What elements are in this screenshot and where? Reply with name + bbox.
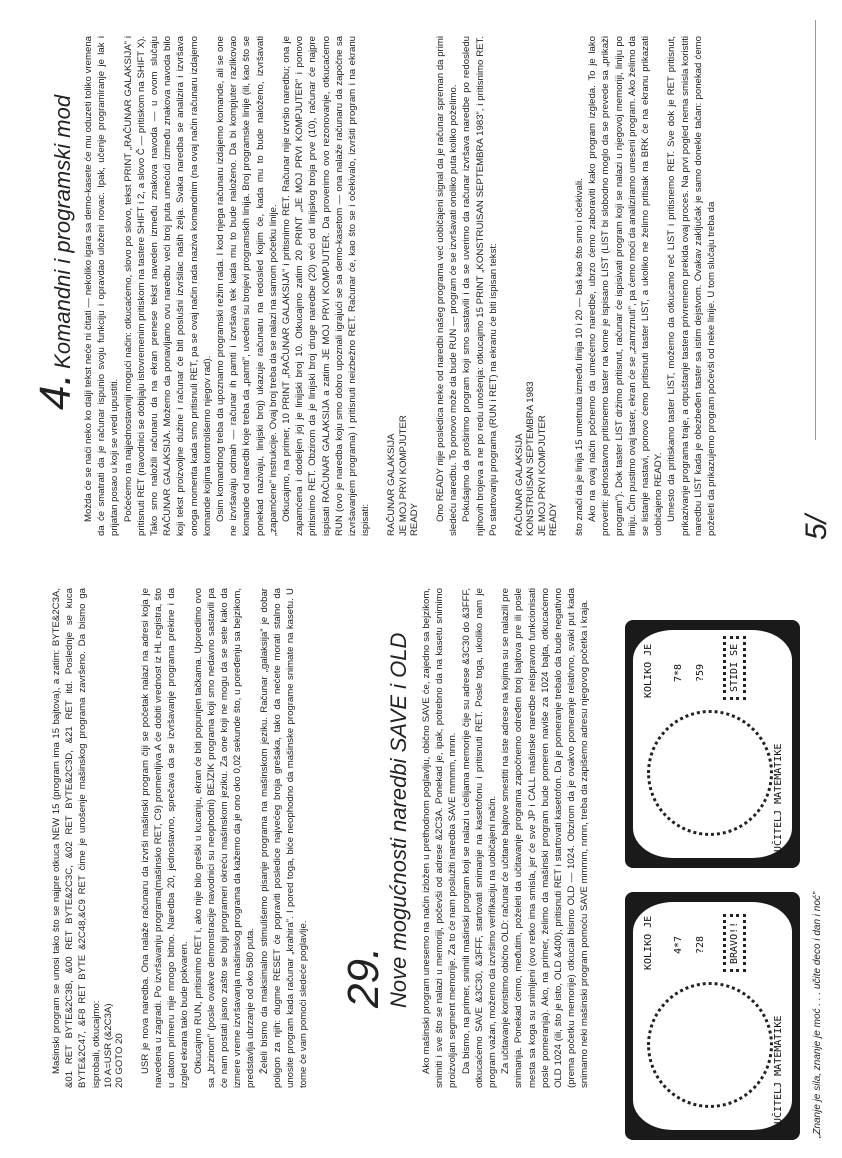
smiling-face-icon <box>647 982 773 1108</box>
paragraph: Pokušajmo da proširimo program koji smo … <box>460 36 500 536</box>
left-column-block: Mašinski program se unosi tako što se na… <box>50 588 310 1088</box>
left-page-content: Mašinski program se unosi tako što se na… <box>0 560 842 1158</box>
paragraph: USR je nova naredba. Ona nalaže računaru… <box>139 588 192 1088</box>
footer-rule <box>815 20 816 440</box>
screen-output-2: RAČUNAR GALAKSIJA KONSTRUISAN SEPTEMBRA … <box>514 36 560 536</box>
answer-label: ?28 <box>695 936 706 954</box>
figure-caption: „Znanje je sila, znanje je moć . . . uči… <box>812 892 823 1138</box>
tv-screen-correct: KOLIKO JE 4*7 ?28 BRAVO!! UČITELJ MATEMA… <box>625 892 800 1140</box>
paragraph: Da bismo, na primer, snimili mašinski pr… <box>460 588 500 1088</box>
question-label: KOLIKO JE <box>643 644 654 698</box>
paragraph: Umesto da pritiskamo taster LIST, možemo… <box>665 36 718 536</box>
page-number: 5/ <box>800 515 834 540</box>
paragraph: Počećemo na najjednostavniji mogući nači… <box>122 36 214 536</box>
frowning-face-icon <box>647 710 773 836</box>
feedback-label: STIDI SE <box>723 636 746 700</box>
screen-output-1: RAČUNAR GALAKSIJA JE MOJ PRVI KOMPJUTER … <box>386 36 421 536</box>
program-title: UČITELJ MATEMATIKE <box>773 1016 784 1124</box>
paragraph: što znači da je linija 15 umetnuta izmeđ… <box>573 36 586 536</box>
paragraph: Ako na ovaj način počnemo da umećemo nar… <box>586 36 665 536</box>
paragraph: Osim komandnog treba da upoznamo program… <box>214 36 280 536</box>
paragraph: Želeli bismo da maksimalno stimulišemo p… <box>258 588 311 1088</box>
paragraph: Mašinski program se unosi tako što se na… <box>50 588 103 1088</box>
right-page-content: Možda će se naći neko ko dalji tekst neć… <box>0 0 842 560</box>
paragraph: Za učitavanje koristimo obično OLD: raču… <box>499 588 591 1088</box>
chapter-number: 4. <box>31 373 80 410</box>
paragraph: Otkucajmo RUN, pritisnimo RET i, ako nij… <box>192 588 258 1088</box>
paragraph: Možda će se naći neko ko dalji tekst neć… <box>82 36 122 536</box>
code-listing: 10 A=USR (&2C3A) 20 GOTO 20 <box>103 588 126 1088</box>
program-title: UČITELJ MATEMATIKE <box>773 744 784 852</box>
answer-label: ?59 <box>695 664 706 682</box>
right-column-block-1: Možda će se naći neko ko dalji tekst neć… <box>82 36 718 536</box>
chapter-29-body: Ako mašinski program unesemo na način iz… <box>420 588 592 1088</box>
paragraph: Ono READY nije posledica neke od naredbi… <box>434 36 460 536</box>
chapter-title: Nove mogućnosti naredbi SAVE i OLD <box>386 633 412 1008</box>
feedback-label: BRAVO!! <box>723 914 746 972</box>
paragraph: Ako mašinski program unesemo na način iz… <box>420 588 460 1088</box>
chapter-title: Komandni i programski mod <box>50 95 75 369</box>
expression-label: 4*7 <box>673 936 684 954</box>
tv-screen-wrong: KOLIKO JE 7*8 ?59 STIDI SE UČITELJ MATEM… <box>625 620 800 868</box>
question-label: KOLIKO JE <box>643 916 654 970</box>
chapter-number: 29. <box>342 633 386 1008</box>
chapter-heading-29: 29. Nove mogućnosti naredbi SAVE i OLD <box>342 633 412 1008</box>
chapter-heading-4: 4. Komandni i programski mod <box>34 95 78 410</box>
expression-label: 7*8 <box>673 664 684 682</box>
paragraph: Otkucajmo, na primer, 10 PRINT „RAČUNAR … <box>280 36 372 536</box>
